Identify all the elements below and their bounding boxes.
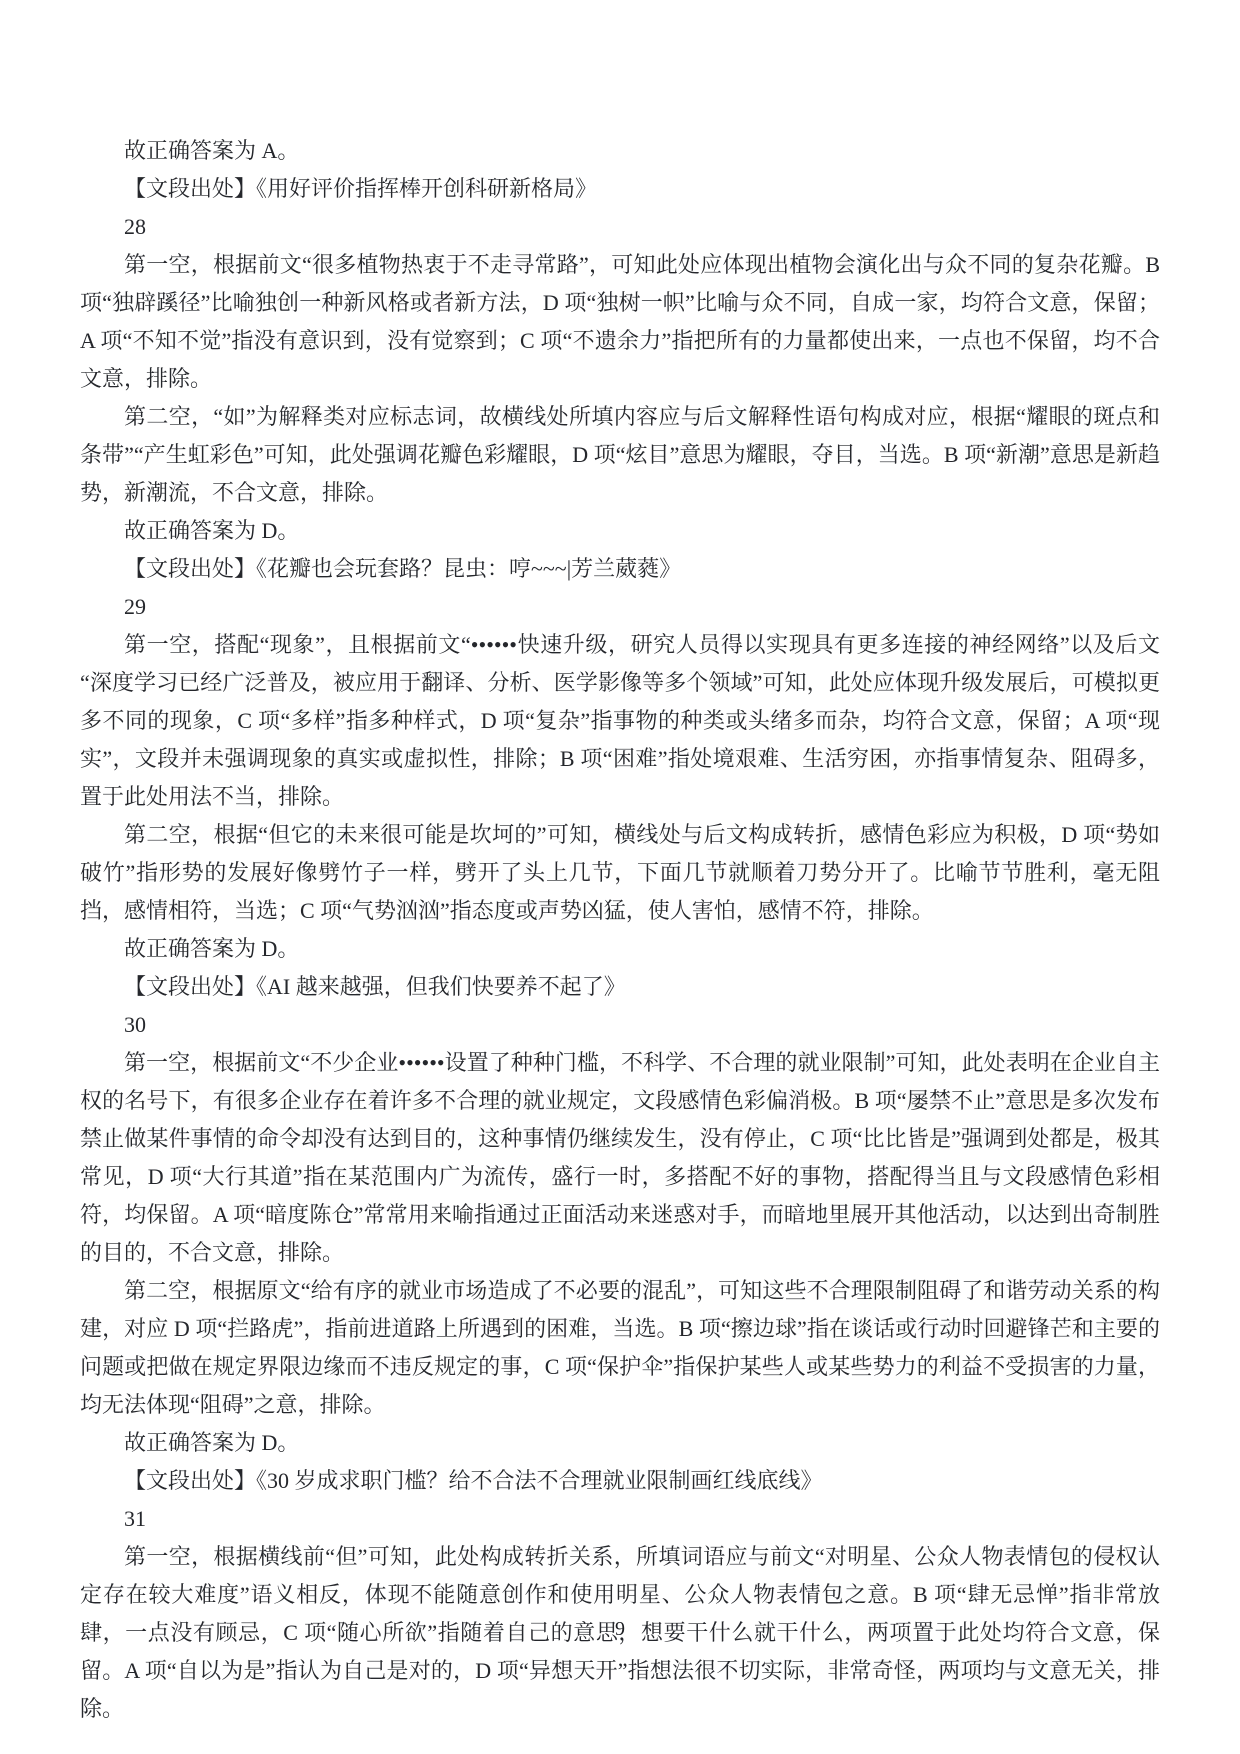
document-page: 故正确答案为 A。 【文段出处】《用好评价指挥棒开创科研新格局》 28 第一空，… (0, 0, 1240, 1754)
question-number: 28 (80, 208, 1160, 246)
source-line: 【文段出处】《AI 越来越强，但我们快要养不起了》 (80, 968, 1160, 1006)
question-number: 30 (80, 1006, 1160, 1044)
analysis-paragraph: 第一空，根据前文“不少企业••••••设置了种种门槛，不科学、不合理的就业限制”… (80, 1044, 1160, 1272)
analysis-paragraph: 第二空，根据“但它的未来很可能是坎坷的”可知，横线处与后文构成转折，感情色彩应为… (80, 816, 1160, 930)
analysis-paragraph: 第二空，根据原文“给有序的就业市场造成了不必要的混乱”，可知这些不合理限制阻碍了… (80, 1272, 1160, 1424)
analysis-paragraph: 第二空，“如”为解释类对应标志词，故横线处所填内容应与后文解释性语句构成对应，根… (80, 398, 1160, 512)
answer-line: 故正确答案为 D。 (80, 1424, 1160, 1462)
analysis-paragraph: 第一空，根据前文“很多植物热衷于不走寻常路”，可知此处应体现出植物会演化出与众不… (80, 246, 1160, 398)
source-line: 【文段出处】《用好评价指挥棒开创科研新格局》 (80, 170, 1160, 208)
page-footer: 9 (0, 1616, 1240, 1642)
page-number: 9 (615, 1618, 625, 1640)
answer-line: 故正确答案为 D。 (80, 930, 1160, 968)
page-content: 故正确答案为 A。 【文段出处】《用好评价指挥棒开创科研新格局》 28 第一空，… (80, 132, 1160, 1728)
answer-line: 故正确答案为 D。 (80, 512, 1160, 550)
source-line: 【文段出处】《30 岁成求职门槛？给不合法不合理就业限制画红线底线》 (80, 1462, 1160, 1500)
source-line: 【文段出处】《花瓣也会玩套路？昆虫：哼~~~|芳兰葳蕤》 (80, 550, 1160, 588)
analysis-paragraph: 第一空，搭配“现象”，且根据前文“••••••快速升级，研究人员得以实现具有更多… (80, 626, 1160, 816)
answer-line: 故正确答案为 A。 (80, 132, 1160, 170)
question-number: 31 (80, 1500, 1160, 1538)
question-number: 29 (80, 588, 1160, 626)
